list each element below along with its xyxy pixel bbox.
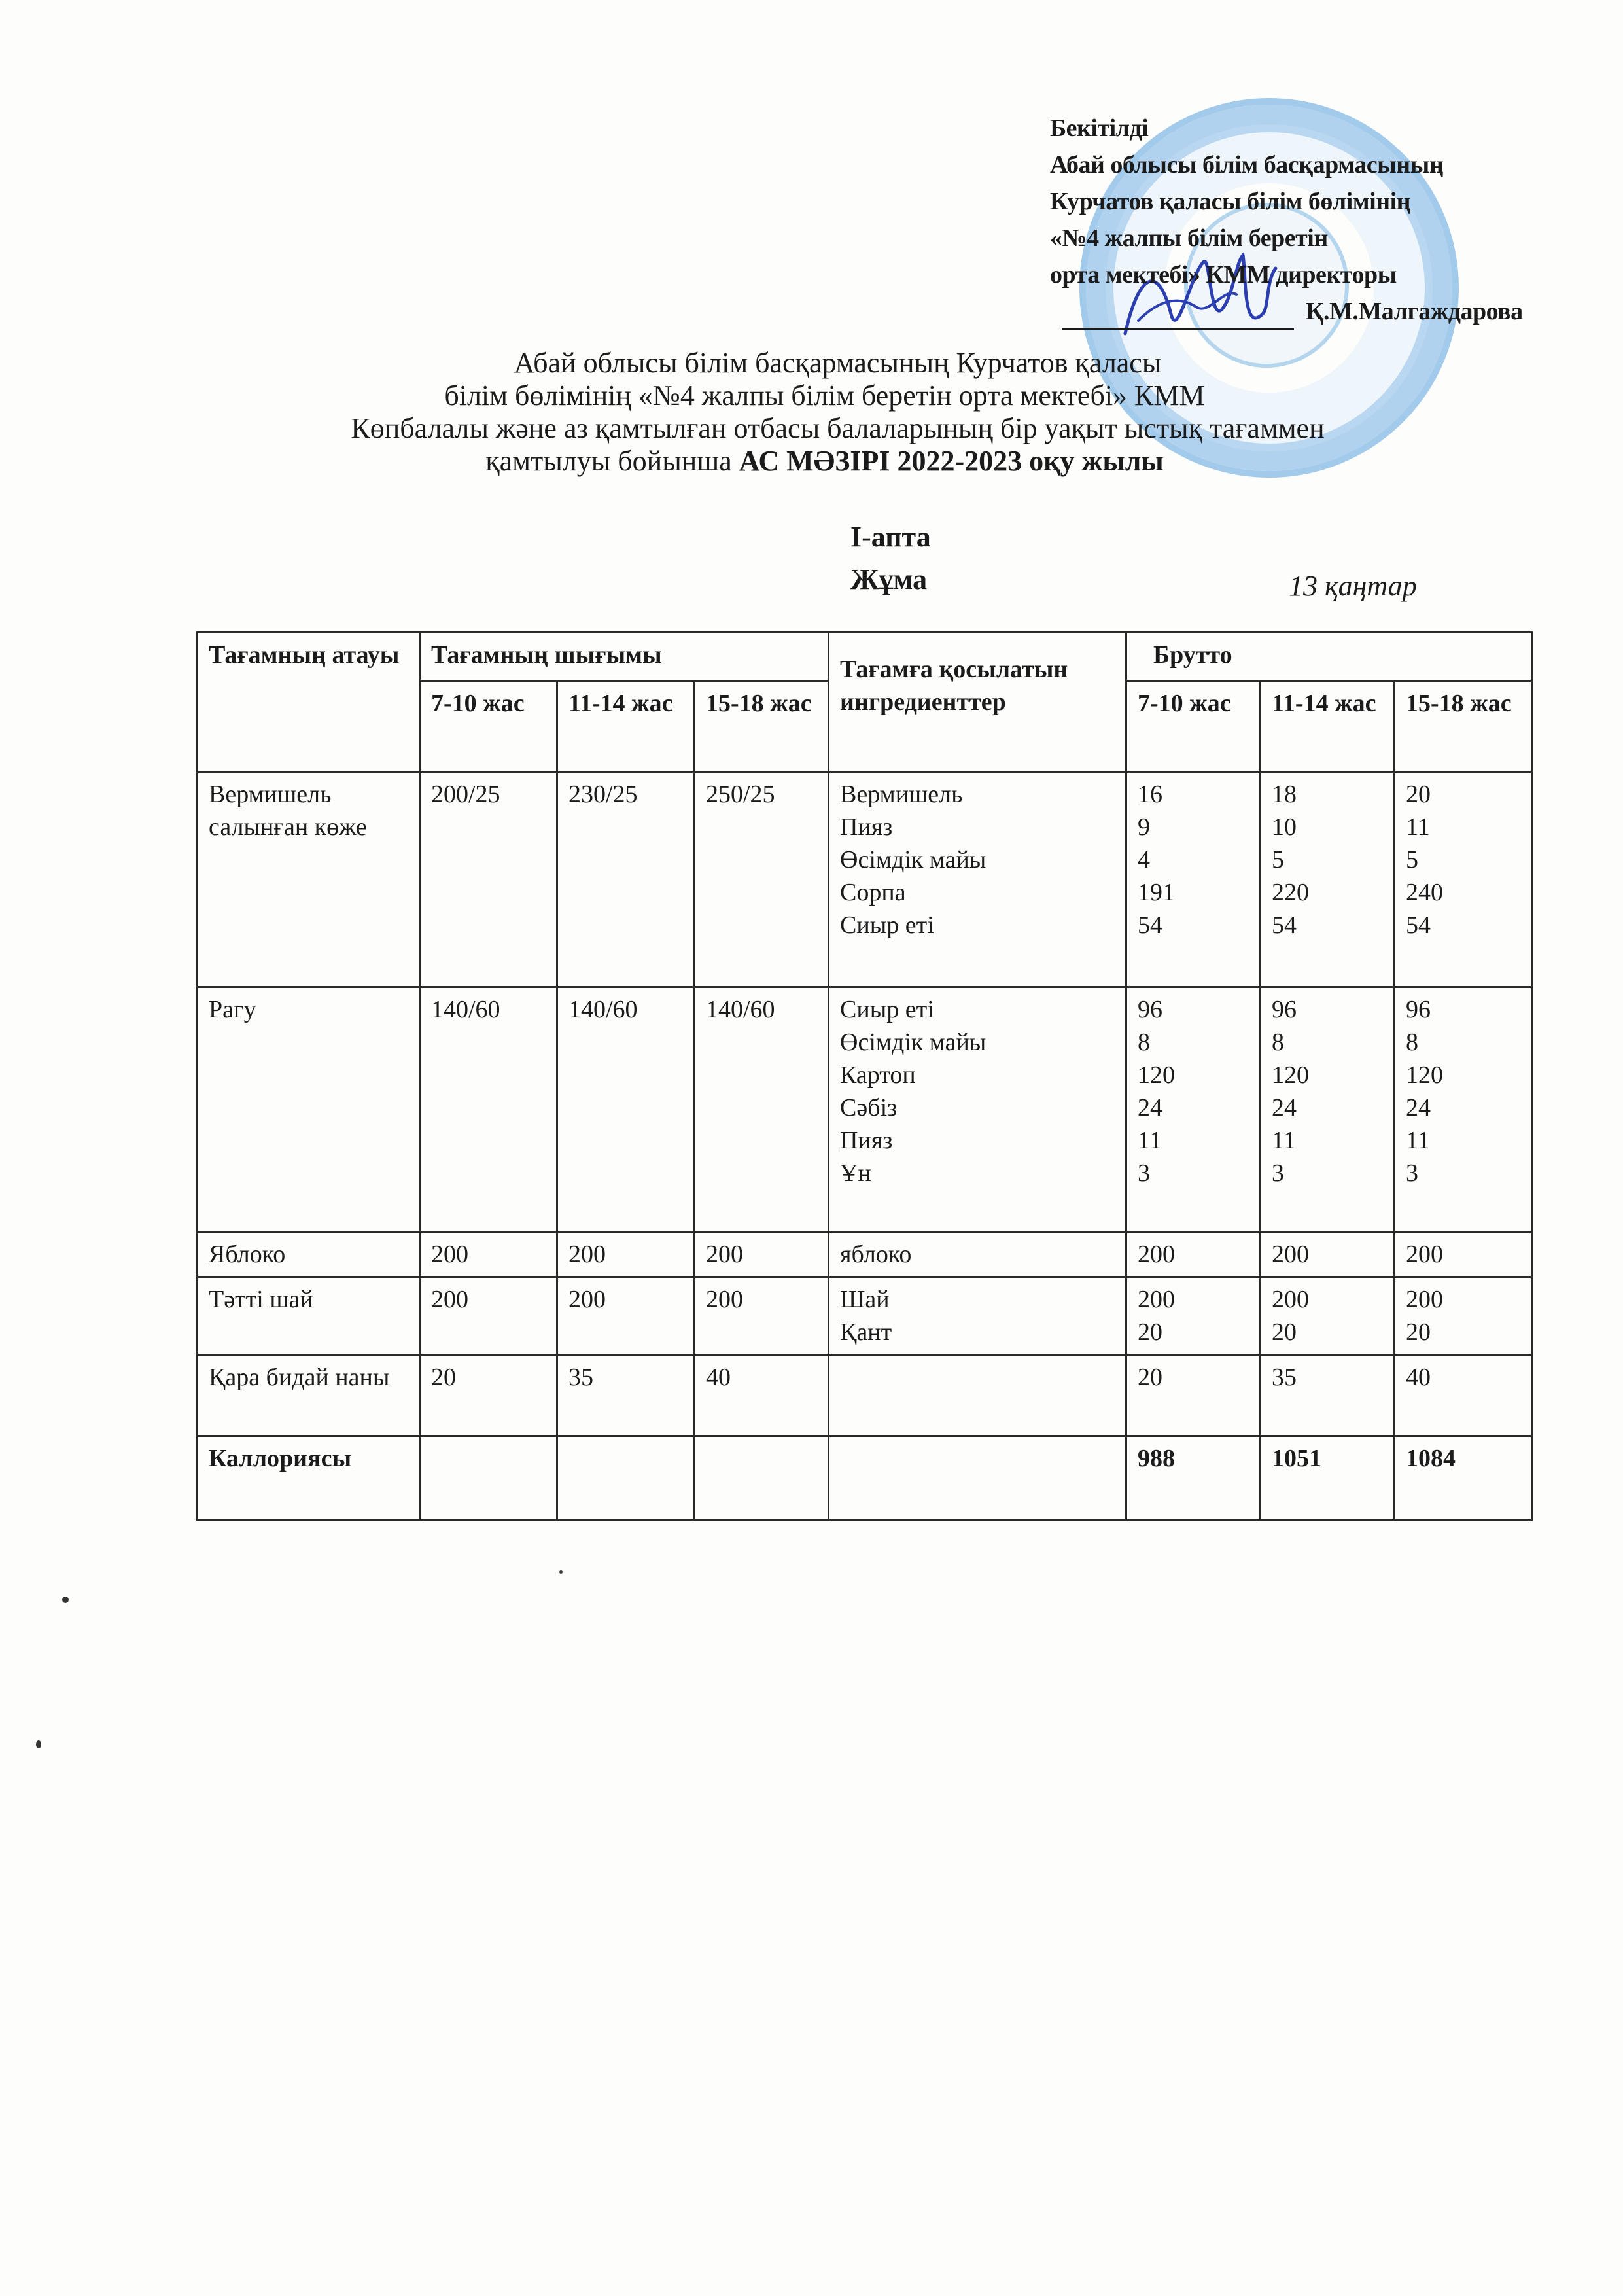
brutto-cell: 200 xyxy=(1395,1232,1532,1277)
brutto-value: 54 xyxy=(1272,909,1383,942)
empty-cell xyxy=(829,1436,1126,1521)
approval-block: Бекітілді Абай облысы білім басқармасыны… xyxy=(1050,110,1523,330)
menu-title: АС МӘЗІРІ 2022-2023 оқу жылы xyxy=(739,445,1164,477)
ingredients-cell xyxy=(829,1355,1126,1436)
date-label: 13 қаңтар xyxy=(1289,569,1417,603)
brutto-value: 120 xyxy=(1272,1059,1383,1091)
brutto-value: 220 xyxy=(1272,876,1383,909)
brutto-value: 120 xyxy=(1406,1059,1520,1091)
brutto-cell: 96812024113 xyxy=(1261,987,1395,1232)
yield-cell: 250/25 xyxy=(695,772,829,987)
brutto-value: 96 xyxy=(1138,993,1249,1026)
brutto-value: 200 xyxy=(1138,1283,1249,1316)
dish-name-cell: Вермишель салынған көже xyxy=(198,772,420,987)
brutto-cell: 2011524054 xyxy=(1395,772,1532,987)
yield-cell: 200 xyxy=(695,1232,829,1277)
yield-cell: 200 xyxy=(557,1232,695,1277)
calories-value: 1051 xyxy=(1261,1436,1395,1521)
approved-label: Бекітілді xyxy=(1050,110,1523,147)
brutto-cell: 20 xyxy=(1126,1355,1261,1436)
yield-cell: 20 xyxy=(420,1355,557,1436)
brutto-value: 24 xyxy=(1272,1091,1383,1124)
brutto-value: 24 xyxy=(1138,1091,1249,1124)
brutto-value: 8 xyxy=(1272,1026,1383,1059)
brutto-value: 11 xyxy=(1138,1124,1249,1157)
yield-cell: 200 xyxy=(420,1232,557,1277)
brutto-value: 96 xyxy=(1272,993,1383,1026)
brutto-value: 40 xyxy=(1406,1361,1520,1394)
ingredient-item: Сиыр еті xyxy=(840,993,1115,1026)
brutto-value: 8 xyxy=(1138,1026,1249,1059)
brutto-value: 11 xyxy=(1406,1124,1520,1157)
yield-cell: 140/60 xyxy=(420,987,557,1232)
brutto-value: 20 xyxy=(1272,1316,1383,1349)
table-row: Яблоко200200200яблоко200200200 xyxy=(198,1232,1532,1277)
title-prefix: қамтылуы бойынша xyxy=(485,445,739,477)
header-age-group: 7-10 жас xyxy=(1126,681,1261,772)
yield-cell: 200/25 xyxy=(420,772,557,987)
ingredient-item: Сәбіз xyxy=(840,1091,1115,1124)
brutto-value: 3 xyxy=(1406,1157,1520,1190)
brutto-cell: 35 xyxy=(1261,1355,1395,1436)
brutto-value: 200 xyxy=(1272,1283,1383,1316)
document-title: Абай облысы білім басқармасының Курчатов… xyxy=(0,347,1623,478)
brutto-cell: 40 xyxy=(1395,1355,1532,1436)
brutto-value: 35 xyxy=(1272,1361,1383,1394)
approval-line: Курчатов қаласы білім бөлімінің xyxy=(1050,183,1523,220)
header-age-group: 15-18 жас xyxy=(695,681,829,772)
brutto-cell: 169419154 xyxy=(1126,772,1261,987)
brutto-value: 9 xyxy=(1138,811,1249,843)
header-age-group: 7-10 жас xyxy=(420,681,557,772)
header-age-group: 11-14 жас xyxy=(1261,681,1395,772)
brutto-value: 240 xyxy=(1406,876,1520,909)
brutto-value: 200 xyxy=(1272,1238,1383,1271)
title-line: білім бөлімінің «№4 жалпы білім беретін … xyxy=(0,380,1623,412)
yield-cell: 230/25 xyxy=(557,772,695,987)
brutto-value: 3 xyxy=(1138,1157,1249,1190)
brutto-value: 120 xyxy=(1138,1059,1249,1091)
brutto-value: 200 xyxy=(1138,1238,1249,1271)
brutto-cell: 20020 xyxy=(1261,1277,1395,1355)
scan-speck xyxy=(36,1740,41,1748)
scan-speck xyxy=(559,1570,563,1574)
brutto-value: 8 xyxy=(1406,1026,1520,1059)
signatory-name: Қ.М.Малгаждарова xyxy=(1306,293,1523,330)
dish-name-cell: Тәтті шай xyxy=(198,1277,420,1355)
brutto-value: 200 xyxy=(1406,1283,1520,1316)
empty-cell xyxy=(420,1436,557,1521)
signature-row: Қ.М.Малгаждарова xyxy=(1050,293,1523,330)
brutto-value: 5 xyxy=(1406,843,1520,876)
brutto-cell: 20020 xyxy=(1395,1277,1532,1355)
brutto-value: 20 xyxy=(1138,1361,1249,1394)
brutto-cell: 96812024113 xyxy=(1395,987,1532,1232)
calories-label: Каллориясы xyxy=(198,1436,420,1521)
header-age-group: 11-14 жас xyxy=(557,681,695,772)
ingredient-item: Шай xyxy=(840,1283,1115,1316)
title-line: Абай облысы білім басқармасының Курчатов… xyxy=(0,347,1623,380)
dish-name-cell: Қара бидай наны xyxy=(198,1355,420,1436)
brutto-cell: 200 xyxy=(1126,1232,1261,1277)
brutto-cell: 20020 xyxy=(1126,1277,1261,1355)
brutto-value: 16 xyxy=(1138,778,1249,811)
ingredient-item: яблоко xyxy=(840,1238,1115,1271)
approval-line: Абай облысы білім басқармасының xyxy=(1050,147,1523,183)
brutto-value: 10 xyxy=(1272,811,1383,843)
ingredient-item: Қант xyxy=(840,1316,1115,1349)
brutto-value: 20 xyxy=(1406,1316,1520,1349)
menu-table-body: Вермишель салынған көже200/25230/25250/2… xyxy=(198,772,1532,1521)
empty-cell xyxy=(557,1436,695,1521)
ingredient-item: Өсімдік майы xyxy=(840,1026,1115,1059)
ingredient-item: Сиыр еті xyxy=(840,909,1115,942)
brutto-value: 191 xyxy=(1138,876,1249,909)
brutto-value: 3 xyxy=(1272,1157,1383,1190)
ingredient-item: Вермишель xyxy=(840,778,1115,811)
approval-line: орта мектебі» КММ директоры xyxy=(1050,256,1523,293)
header-ingredients: Тағамға қосылатын ингредиенттер xyxy=(829,633,1126,772)
header-age-group: 15-18 жас xyxy=(1395,681,1532,772)
brutto-value: 11 xyxy=(1406,811,1520,843)
ingredients-cell: ШайҚант xyxy=(829,1277,1126,1355)
brutto-cell: 200 xyxy=(1261,1232,1395,1277)
ingredient-item: Сорпа xyxy=(840,876,1115,909)
yield-cell: 35 xyxy=(557,1355,695,1436)
title-line: қамтылуы бойынша АС МӘЗІРІ 2022-2023 оқу… xyxy=(0,445,1623,478)
ingredient-item: Картоп xyxy=(840,1059,1115,1091)
header-brutto: Брутто xyxy=(1126,633,1532,681)
brutto-cell: 1810522054 xyxy=(1261,772,1395,987)
ingredient-item: Пияз xyxy=(840,811,1115,843)
yield-cell: 200 xyxy=(695,1277,829,1355)
brutto-value: 54 xyxy=(1406,909,1520,942)
ingredient-item: Өсімдік майы xyxy=(840,843,1115,876)
brutto-value: 11 xyxy=(1272,1124,1383,1157)
scan-speck xyxy=(62,1597,69,1603)
approval-line: «№4 жалпы білім беретін xyxy=(1050,220,1523,256)
dish-name-cell: Яблоко xyxy=(198,1232,420,1277)
brutto-value: 200 xyxy=(1406,1238,1520,1271)
ingredients-cell: яблоко xyxy=(829,1232,1126,1277)
dish-name-cell: Рагу xyxy=(198,987,420,1232)
ingredient-item: Ұн xyxy=(840,1157,1115,1190)
brutto-cell: 96812024113 xyxy=(1126,987,1261,1232)
empty-cell xyxy=(695,1436,829,1521)
brutto-value: 20 xyxy=(1406,778,1520,811)
calories-value: 1084 xyxy=(1395,1436,1532,1521)
title-line: Көпбалалы және аз қамтылған отбасы балал… xyxy=(0,412,1623,445)
brutto-value: 24 xyxy=(1406,1091,1520,1124)
table-row: Тәтті шай200200200ШайҚант200202002020020 xyxy=(198,1277,1532,1355)
calories-row: Каллориясы98810511084 xyxy=(198,1436,1532,1521)
calories-value: 988 xyxy=(1126,1436,1261,1521)
brutto-value: 5 xyxy=(1272,843,1383,876)
table-row: Рагу140/60140/60140/60Сиыр етіӨсімдік ма… xyxy=(198,987,1532,1232)
header-dish-name: Тағамның атауы xyxy=(198,633,420,772)
brutto-value: 20 xyxy=(1138,1316,1249,1349)
ingredients-cell: Сиыр етіӨсімдік майыКартопСәбізПиязҰн xyxy=(829,987,1126,1232)
menu-table: Тағамның атауы Тағамның шығымы Тағамға қ… xyxy=(196,631,1533,1521)
brutto-value: 4 xyxy=(1138,843,1249,876)
yield-cell: 40 xyxy=(695,1355,829,1436)
yield-cell: 200 xyxy=(557,1277,695,1355)
table-row: Вермишель салынған көже200/25230/25250/2… xyxy=(198,772,1532,987)
yield-cell: 200 xyxy=(420,1277,557,1355)
table-row: Қара бидай наны203540203540 xyxy=(198,1355,1532,1436)
day-label: Жұма xyxy=(850,563,927,596)
yield-cell: 140/60 xyxy=(695,987,829,1232)
yield-cell: 140/60 xyxy=(557,987,695,1232)
brutto-value: 96 xyxy=(1406,993,1520,1026)
brutto-value: 18 xyxy=(1272,778,1383,811)
ingredients-cell: ВермишельПиязӨсімдік майыСорпаСиыр еті xyxy=(829,772,1126,987)
ingredient-item: Пияз xyxy=(840,1124,1115,1157)
header-yield: Тағамның шығымы xyxy=(420,633,829,681)
week-label: І-апта xyxy=(850,520,931,554)
signature-line xyxy=(1062,308,1294,330)
brutto-value: 54 xyxy=(1138,909,1249,942)
